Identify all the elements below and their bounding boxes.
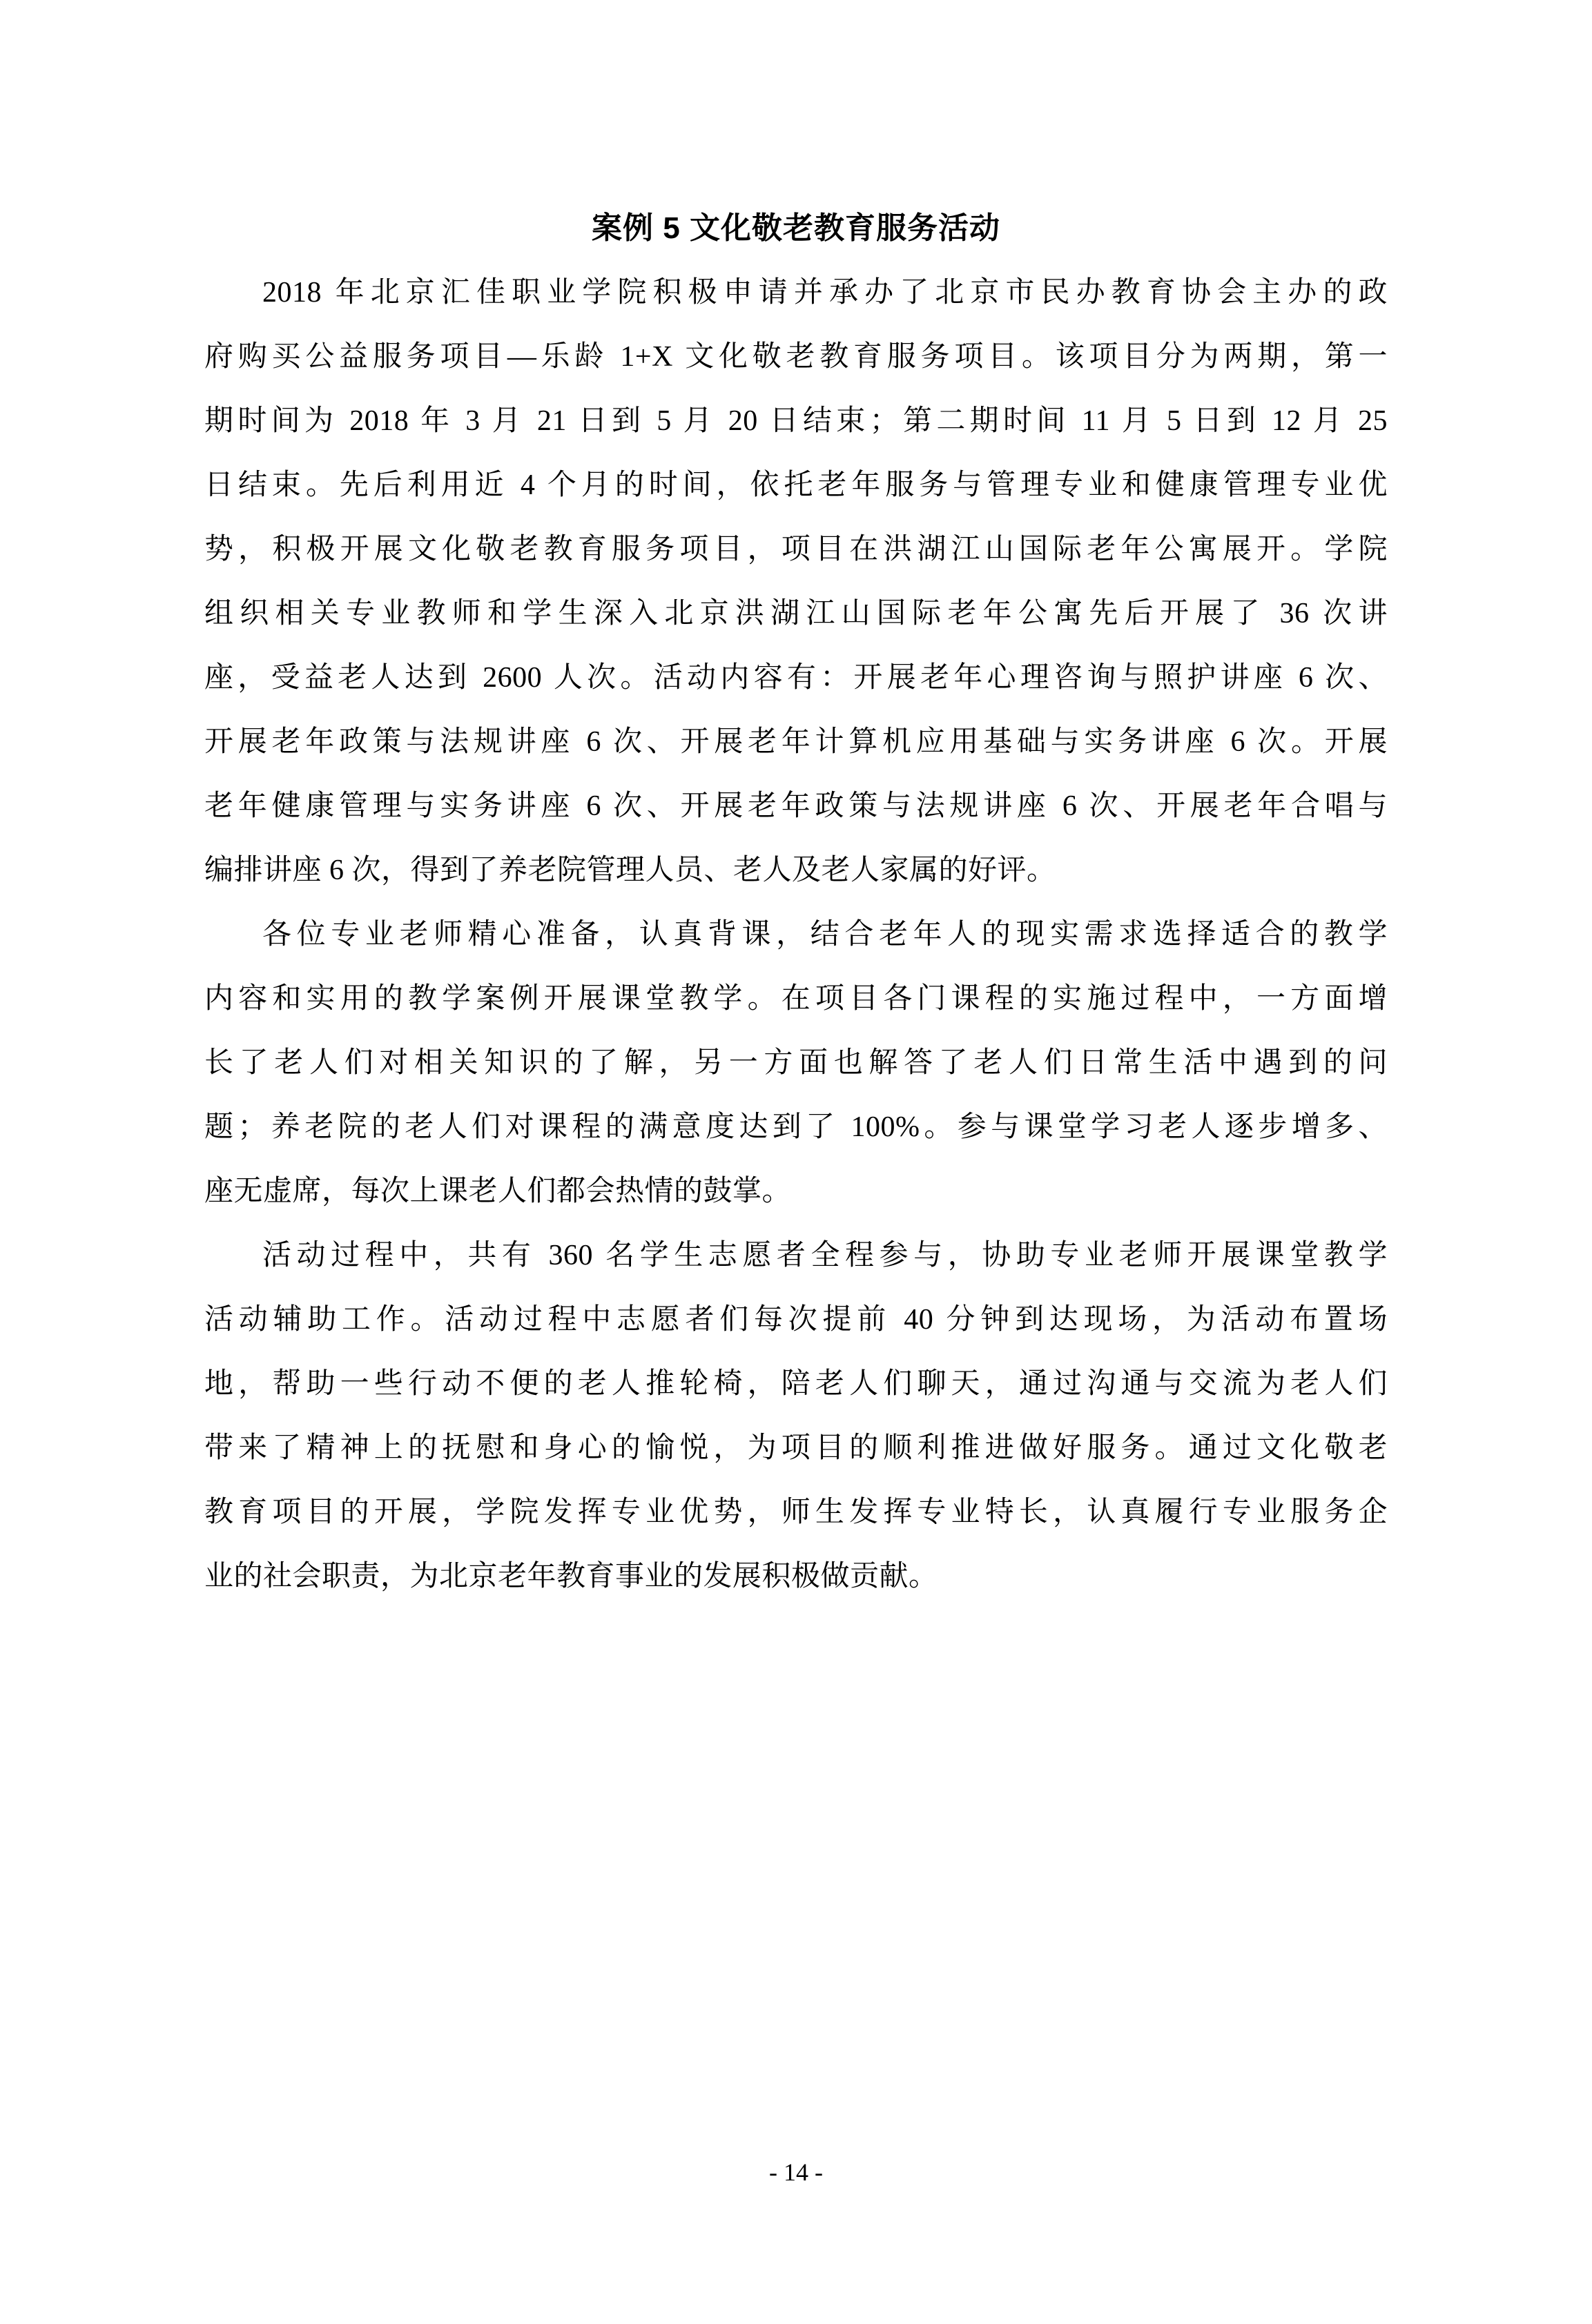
body-line: 2018 年北京汇佳职业学院积极申请并承办了北京市民办教育协会主办的政 bbox=[204, 261, 1388, 325]
body-line: 府购买公益服务项目—乐龄 1+X 文化敬老教育服务项目。该项目分为两期，第一 bbox=[204, 325, 1388, 389]
page-title: 案例 5 文化敬老教育服务活动 bbox=[204, 195, 1388, 261]
body-line: 老年健康管理与实务讲座 6 次、开展老年政策与法规讲座 6 次、开展老年合唱与 bbox=[204, 774, 1388, 839]
body-line: 长了老人们对相关知识的了解，另一方面也解答了老人们日常生活中遇到的问 bbox=[204, 1031, 1388, 1095]
body-line: 座，受益老人达到 2600 人次。活动内容有：开展老年心理咨询与照护讲座 6 次… bbox=[204, 646, 1388, 710]
body-line: 组织相关专业教师和学生深入北京洪湖江山国际老年公寓先后开展了 36 次讲 bbox=[204, 582, 1388, 646]
body-line: 活动辅助工作。活动过程中志愿者们每次提前 40 分钟到达现场，为活动布置场 bbox=[204, 1288, 1388, 1352]
body-line: 编排讲座 6 次，得到了养老院管理人员、老人及老人家属的好评。 bbox=[204, 839, 1388, 903]
body-line: 座无虚席，每次上课老人们都会热情的鼓掌。 bbox=[204, 1160, 1388, 1224]
body-line: 内容和实用的教学案例开展课堂教学。在项目各门课程的实施过程中，一方面增 bbox=[204, 967, 1388, 1031]
body-line: 地，帮助一些行动不便的老人推轮椅，陪老人们聊天，通过沟通与交流为老人们 bbox=[204, 1352, 1388, 1416]
body-line: 期时间为 2018 年 3 月 21 日到 5 月 20 日结束；第二期时间 1… bbox=[204, 389, 1388, 453]
body-line: 势，积极开展文化敬老教育服务项目，项目在洪湖江山国际老年公寓展开。学院 bbox=[204, 518, 1388, 582]
body-line: 日结束。先后利用近 4 个月的时间，依托老年服务与管理专业和健康管理专业优 bbox=[204, 453, 1388, 518]
document-page: 案例 5 文化敬老教育服务活动 2018 年北京汇佳职业学院积极申请并承办了北京… bbox=[0, 0, 1592, 2324]
body-line: 教育项目的开展，学院发挥专业优势，师生发挥专业特长，认真履行专业服务企 bbox=[204, 1481, 1388, 1545]
body-line: 开展老年政策与法规讲座 6 次、开展老年计算机应用基础与实务讲座 6 次。开展 bbox=[204, 710, 1388, 774]
body-line: 题；养老院的老人们对课程的满意度达到了 100%。参与课堂学习老人逐步增多、 bbox=[204, 1095, 1388, 1160]
page-number: - 14 - bbox=[0, 2155, 1592, 2189]
body-line: 带来了精神上的抚慰和身心的愉悦，为项目的顺利推进做好服务。通过文化敬老 bbox=[204, 1416, 1388, 1481]
document-body: 案例 5 文化敬老教育服务活动 2018 年北京汇佳职业学院积极申请并承办了北京… bbox=[204, 195, 1388, 1609]
body-line: 活动过程中，共有 360 名学生志愿者全程参与，协助专业老师开展课堂教学 bbox=[204, 1224, 1388, 1288]
body-line: 业的社会职责，为北京老年教育事业的发展积极做贡献。 bbox=[204, 1545, 1388, 1609]
body-line: 各位专业老师精心准备，认真背课，结合老年人的现实需求选择适合的教学 bbox=[204, 903, 1388, 967]
